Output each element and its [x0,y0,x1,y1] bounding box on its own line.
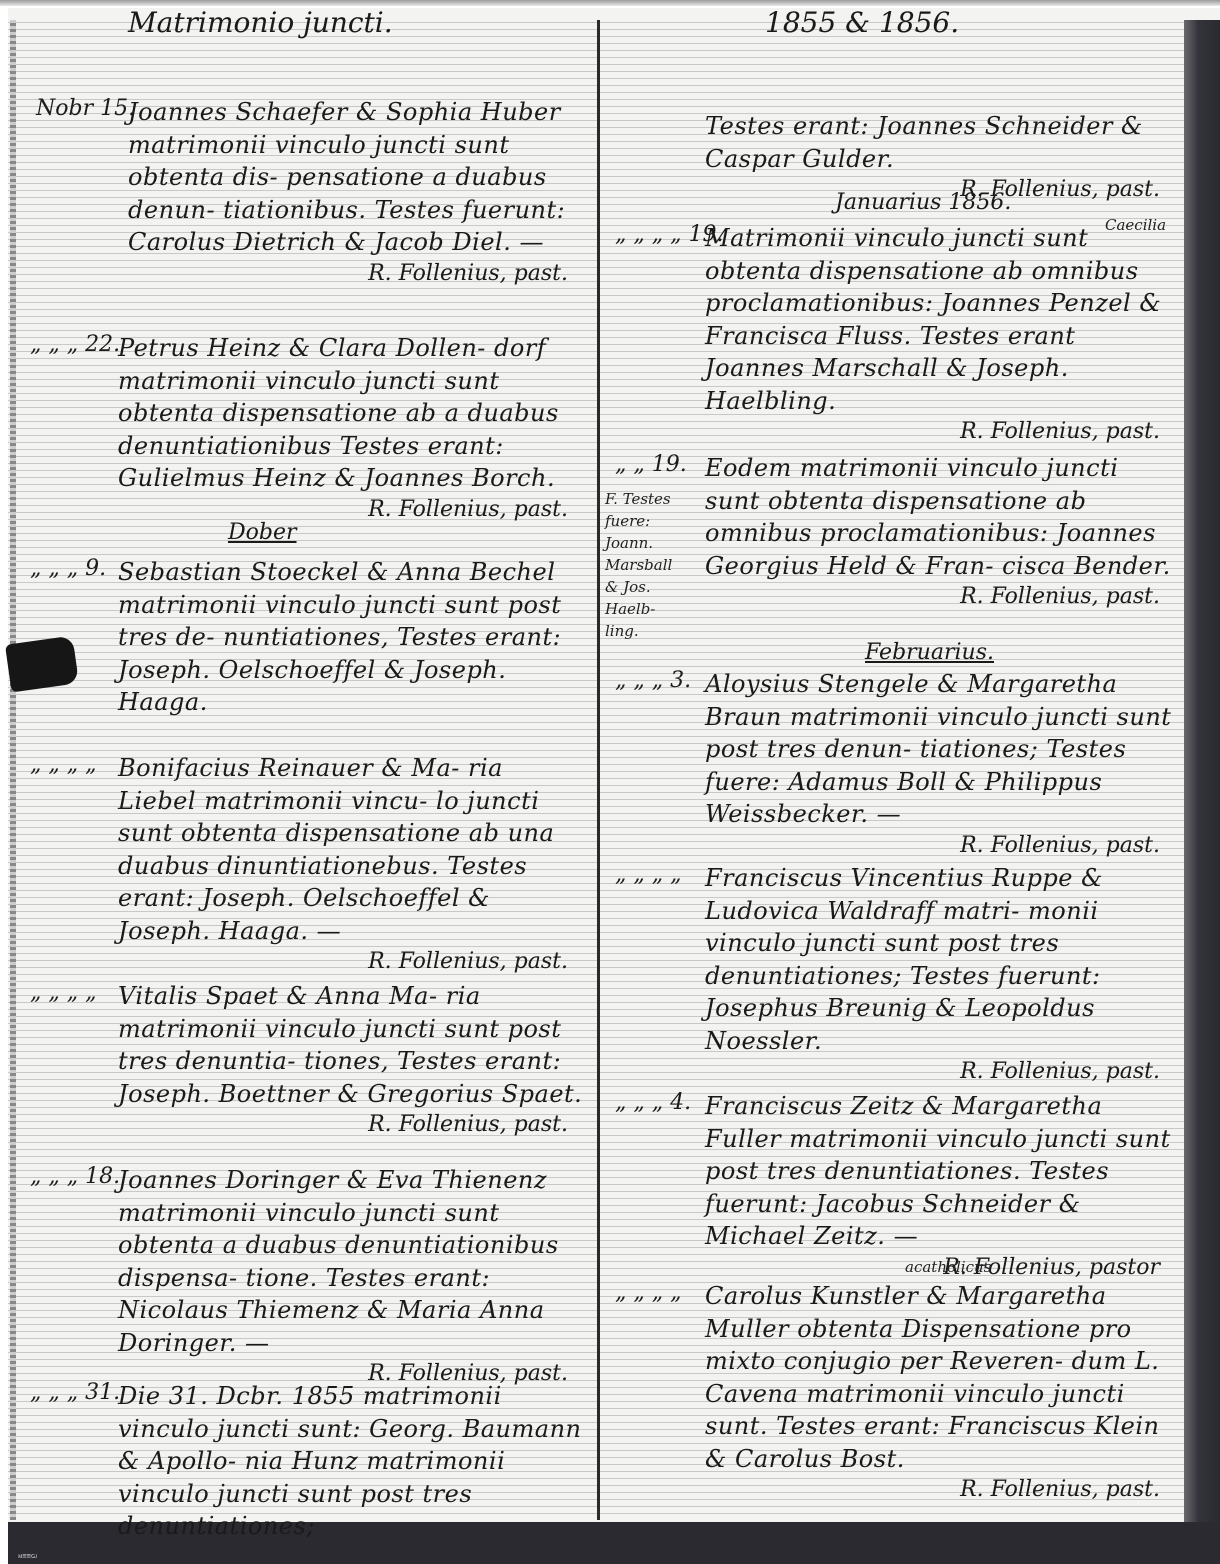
entry-signature: R. Follenius, past. [18,495,588,525]
register-entry: „ „ 19. Eodem matrimonii vinculo juncti … [605,452,1180,612]
interlinear-note: acatholicus [905,1258,991,1276]
register-entry: „ „ „ 18. Joannes Doringer & Eva Thienen… [18,1164,588,1389]
register-entry: „ „ „ 31. Die 31. Dcbr. 1855 matrimonii … [18,1380,588,1543]
entry-date: „ „ „ 18. [30,1164,120,1189]
register-entry: „ „ „ „ Vitalis Spaet & Anna Ma- ria mat… [18,980,588,1140]
entry-text: Petrus Heinz & Clara Dollen- dorf matrim… [118,332,588,495]
entry-text: Aloysius Stengele & Margaretha Braun mat… [705,668,1180,831]
entry-text: Matrimonii vinculo juncti sunt obtenta d… [705,222,1180,417]
register-entry: „ „ „ 3. Aloysius Stengele & Margaretha … [605,668,1180,861]
entry-date: „ „ „ 4. [615,1090,691,1115]
month-heading: Februarius. [865,640,994,665]
entry-text: Die 31. Dcbr. 1855 matrimonii vinculo ju… [118,1380,588,1543]
entry-signature: R. Follenius, past. [605,1057,1180,1087]
entry-date: „ „ „ 9. [30,556,106,581]
entry-date: „ „ „ 22. [30,332,120,357]
entry-date: „ „ „ „ [30,980,97,1005]
left-header: Matrimonio juncti. [128,6,393,39]
entry-text: Bonifacius Reinauer & Ma- ria Liebel mat… [118,752,588,947]
entry-text: Vitalis Spaet & Anna Ma- ria matrimonii … [118,980,588,1110]
entry-text: Joannes Doringer & Eva Thienenz matrimon… [118,1164,588,1359]
register-entry: „ „ „ 9. Sebastian Stoeckel & Anna Beche… [18,556,588,719]
register-entry: „ „ „ „ 19. Matrimonii vinculo juncti su… [605,222,1180,447]
month-heading: Dober [228,520,297,545]
binding-edge [10,20,16,1520]
right-header: 1855 & 1856. [765,6,959,39]
entry-text: Franciscus Zeitz & Margaretha Fuller mat… [705,1090,1180,1253]
entry-date: „ „ „ „ [615,1280,682,1305]
entry-text: Franciscus Vincentius Ruppe & Ludovica W… [705,862,1180,1057]
entry-signature: R. Follenius, past. [605,831,1180,861]
entry-date: Nobr 15. [36,96,135,121]
entry-date: „ „ 19. [615,452,687,477]
scan-right-edge [1184,20,1220,1564]
entry-text: Testes erant: Joannes Schneider & Caspar… [705,110,1180,175]
month-heading: Januarius 1856. [835,190,1011,215]
entry-signature: R. Follenius, past. [18,1110,588,1140]
entry-signature: R. Follenius, past. [605,417,1180,447]
margin-note: F. Testes fuere: Joann. Marsball & Jos. … [605,488,690,642]
entry-signature: R. Follenius, past. [605,1475,1180,1505]
column-divider [597,20,600,1520]
register-entry: „ „ „ „ Bonifacius Reinauer & Ma- ria Li… [18,752,588,977]
right-column: 1855 & 1856. Testes erant: Joannes Schne… [605,0,1180,1520]
scan-footer-mark: ᴍ≡≡ɢᴊ [18,1552,37,1560]
register-entry: Nobr 15. Joannes Schaefer & Sophia Huber… [18,96,588,289]
interlinear-note: Caecilia [1105,216,1166,234]
entry-text: Eodem matrimonii vinculo juncti sunt obt… [705,452,1180,582]
entry-signature: R. Follenius, past. [18,259,588,289]
register-entry: „ „ „ „ Franciscus Vincentius Ruppe & Lu… [605,862,1180,1087]
register-entry: „ „ „ 4. Franciscus Zeitz & Margaretha F… [605,1090,1180,1283]
entry-date: „ „ „ „ 19. [615,222,724,247]
entry-text: Carolus Kunstler & Margaretha Muller obt… [705,1280,1180,1475]
entry-date: „ „ „ 31. [30,1380,120,1405]
register-entry: „ „ „ 22. Petrus Heinz & Clara Dollen- d… [18,332,588,525]
entry-text: Joannes Schaefer & Sophia Huber matrimon… [128,96,588,259]
entry-signature: R. Follenius, past. [18,947,588,977]
register-entry: „ „ „ „ Carolus Kunstler & Margaretha Mu… [605,1280,1180,1505]
entry-date: „ „ „ „ [615,862,682,887]
entry-date: „ „ „ „ [30,752,97,777]
entry-signature: R. Follenius, pastor [605,1253,1180,1283]
left-column: Matrimonio juncti. Nobr 15. Joannes Scha… [18,0,588,1520]
entry-text: Sebastian Stoeckel & Anna Bechel matrimo… [118,556,588,719]
entry-signature: R. Follenius, past. [605,582,1180,612]
entry-date: „ „ „ 3. [615,668,691,693]
